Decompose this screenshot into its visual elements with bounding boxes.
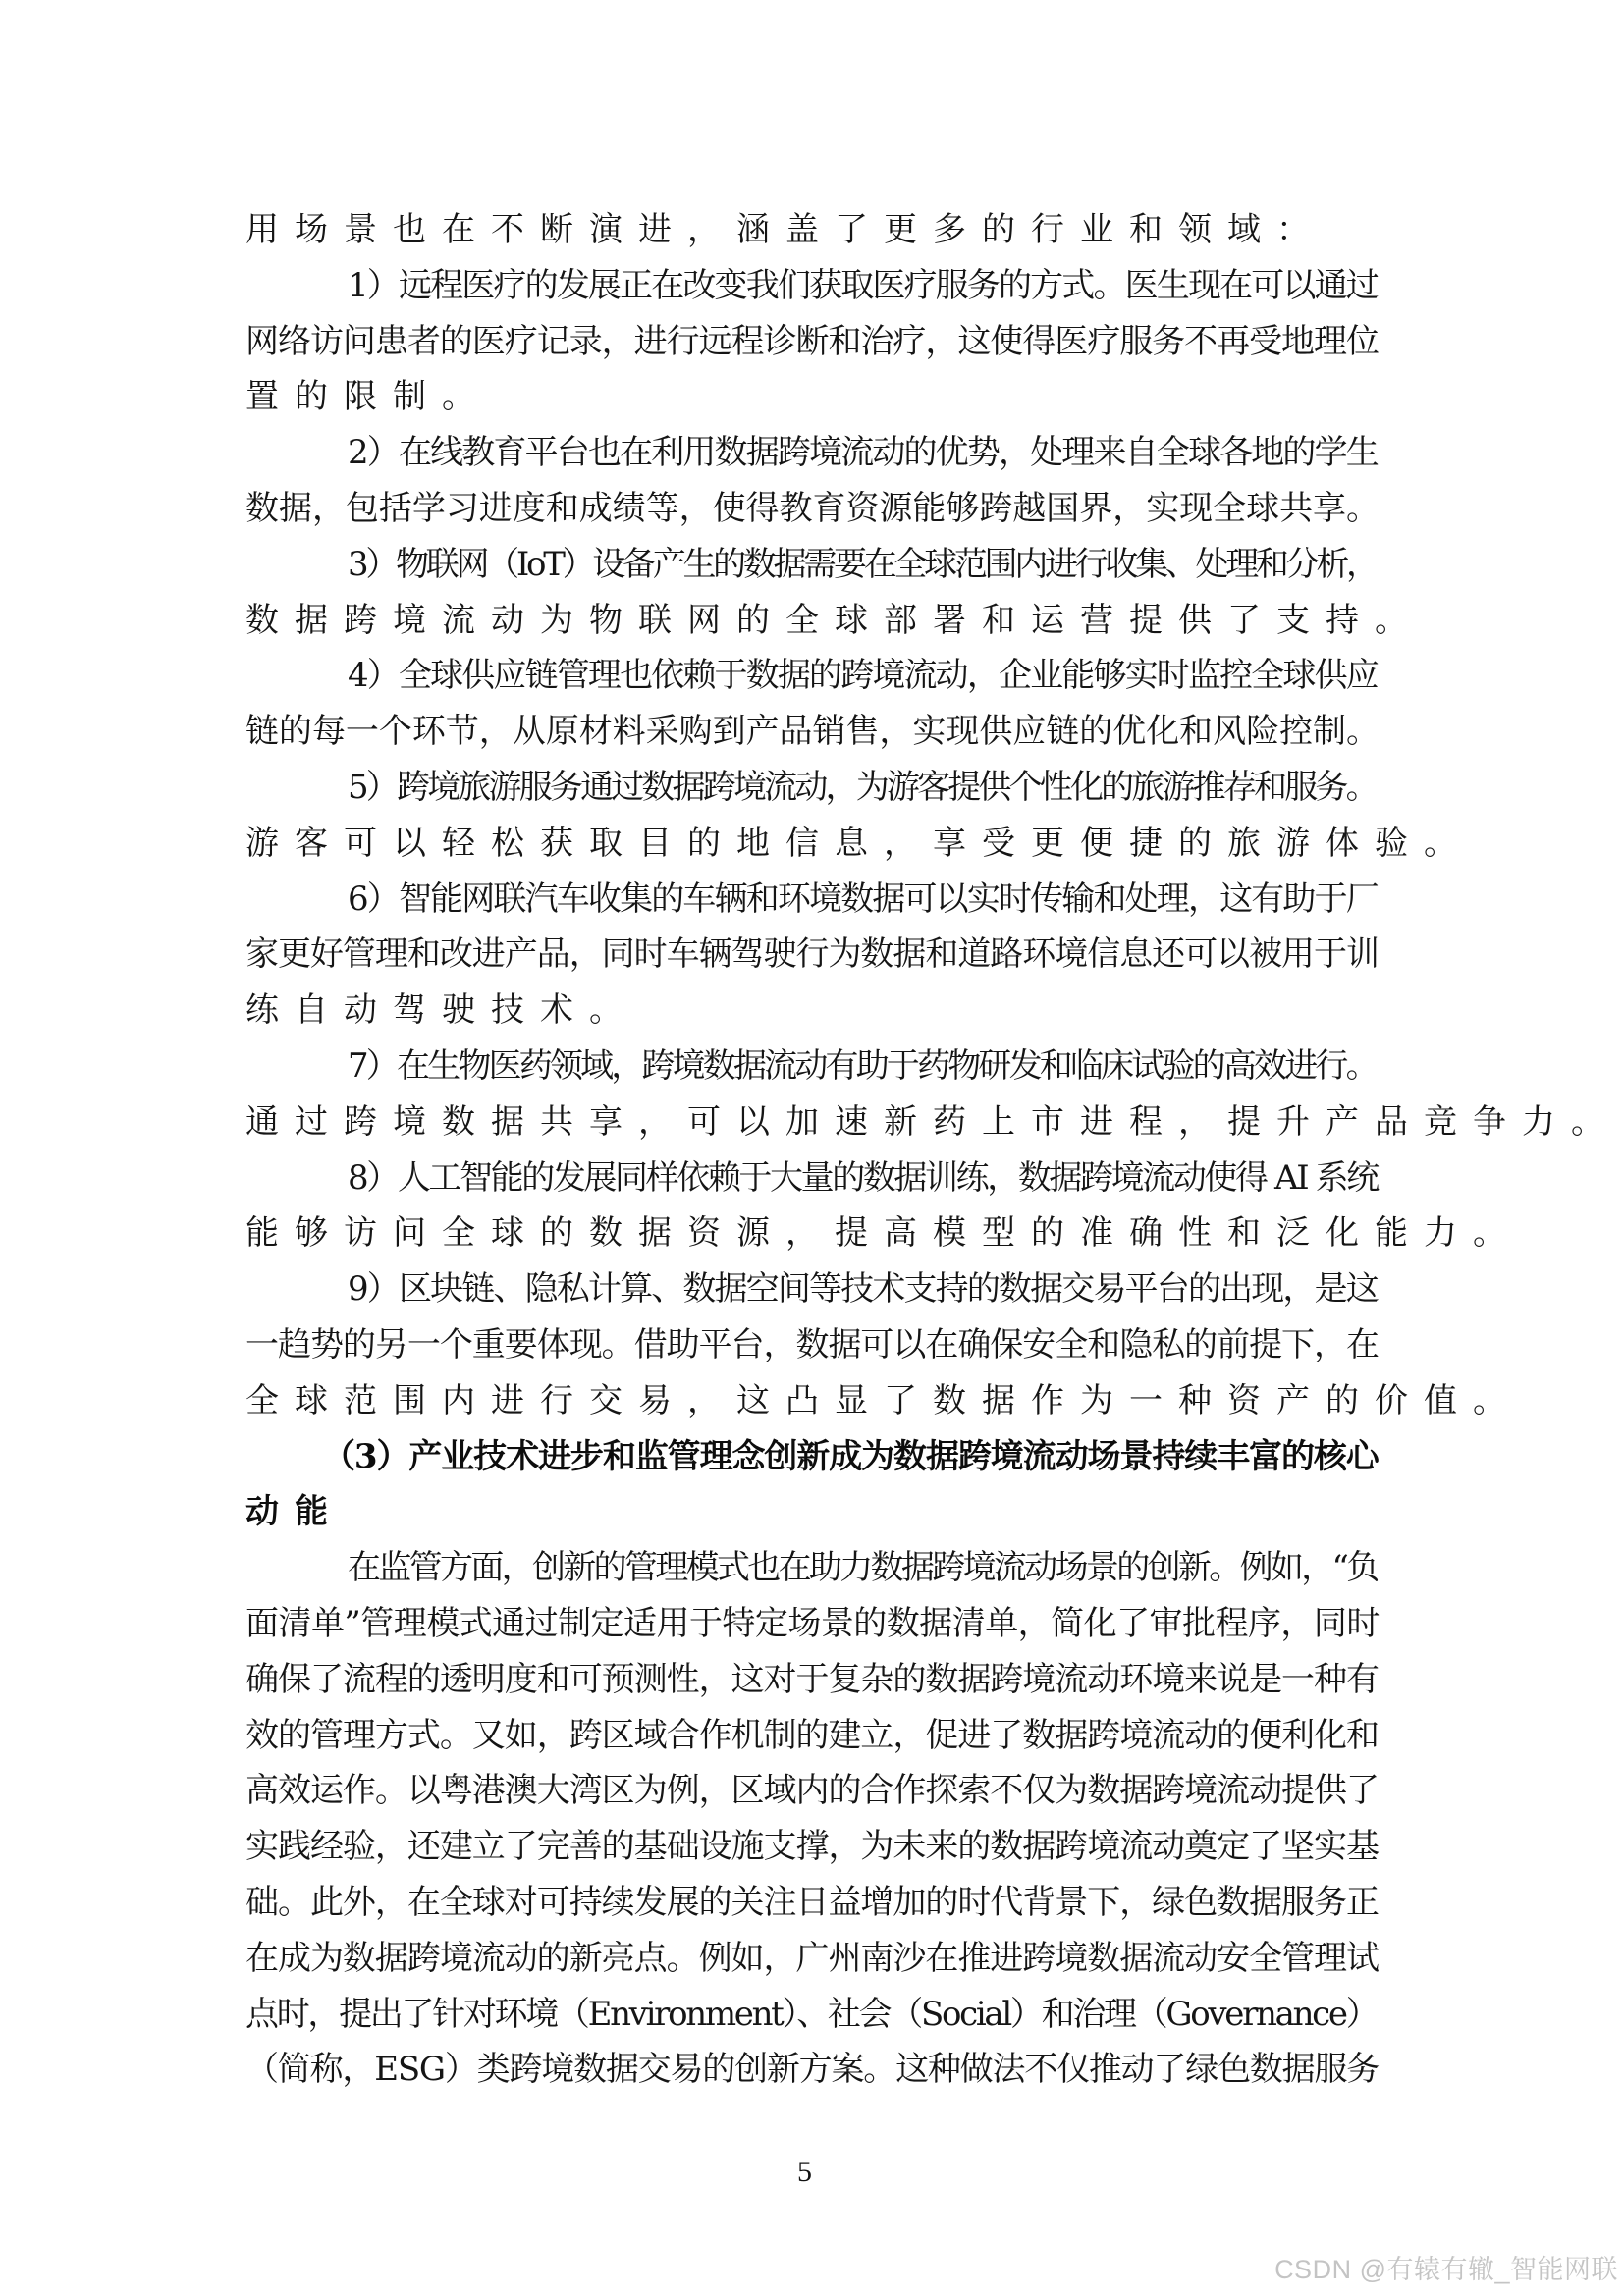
paragraph-line: 用场景也在不断演进，涵盖了更多的行业和领域： — [245, 202, 1326, 258]
paragraph-line: 网络访问患者的医疗记录，进行远程诊断和治疗，这使得医疗服务不再受地理位 — [245, 314, 1379, 370]
paragraph-line: 8）人工智能的发展同样依赖于大量的数据训练，数据跨境流动使得 AI 系统 — [348, 1150, 1378, 1206]
paragraph-line: 全球范围内进行交易，这凸显了数据作为一种资产的价值。 — [245, 1373, 1522, 1429]
paragraph-line: 2）在线教育平台也在利用数据跨境流动的优势，处理来自全球各地的学生 — [348, 425, 1378, 481]
paragraph-line: 础。此外，在全球对可持续发展的关注日益增加的时代背景下，绿色数据服务正 — [245, 1875, 1379, 1931]
paragraph-line: 置的限制。 — [245, 369, 491, 425]
paragraph-line: 一趋势的另一个重要体现。借助平台，数据可以在确保安全和隐私的前提下，在 — [245, 1317, 1379, 1373]
paragraph-line: 实践经验，还建立了完善的基础设施支撑，为未来的数据跨境流动奠定了坚实基 — [245, 1819, 1379, 1875]
csdn-watermark: CSDN @有辕有辙_智能网联 — [1274, 2248, 1618, 2286]
paragraph-line: 面清单”管理模式通过制定适用于特定场景的数据清单，简化了审批程序，同时 — [245, 1596, 1380, 1652]
page-number: 5 — [797, 2156, 812, 2189]
paragraph-line: 1）远程医疗的发展正在改变我们获取医疗服务的方式。医生现在可以通过 — [348, 258, 1378, 314]
paragraph-line: 在监管方面，创新的管理模式也在助力数据跨境流动场景的创新。例如，“负 — [348, 1540, 1378, 1596]
paragraph-line: 7）在生物医药领域，跨境数据流动有助于药物研发和临床试验的高效进行。 — [348, 1039, 1377, 1095]
section-heading-line: （3）产业技术进步和监管理念创新成为数据跨境流动场景持续丰富的核心 — [322, 1429, 1379, 1485]
paragraph-line: 确保了流程的透明度和可预测性，这对于复杂的数据跨境流动环境来说是一种有 — [245, 1652, 1379, 1708]
paragraph-line: 高效运作。以粤港澳大湾区为例，区域内的合作探索不仅为数据跨境流动提供了 — [245, 1763, 1379, 1819]
paragraph-line: 6）智能网联汽车收集的车辆和环境数据可以实时传输和处理，这有助于厂 — [348, 872, 1378, 928]
paragraph-line: 点时，提出了针对环境（Environment）、社会（Social）和治理（Go… — [245, 1987, 1377, 2043]
paragraph-line: （简称，ESG）类跨境数据交易的创新方案。这种做法不仅推动了绿色数据服务 — [245, 2042, 1379, 2098]
paragraph-line: 在成为数据跨境流动的新亮点。例如，广州南沙在推进跨境数据流动安全管理试 — [245, 1931, 1379, 1987]
section-heading-line: 动能 — [245, 1484, 344, 1540]
paragraph-line: 游客可以轻松获取目的地信息，享受更便捷的旅游体验。 — [245, 816, 1473, 872]
paragraph-line: 5）跨境旅游服务通过数据跨境流动，为游客提供个性化的旅游推荐和服务。 — [348, 760, 1377, 816]
paragraph-line: 练自动驾驶技术。 — [245, 983, 638, 1039]
paragraph-line: 9）区块链、隐私计算、数据空间等技术支持的数据交易平台的出现，是这 — [348, 1261, 1378, 1317]
paragraph-line: 通过跨境数据共享，可以加速新药上市进程，提升产品竞争力。 — [245, 1095, 1620, 1150]
paragraph-line: 数据，包括学习进度和成绩等，使得教育资源能够跨越国界，实现全球共享。 — [245, 481, 1380, 537]
paragraph-line: 效的管理方式。又如，跨区域合作机制的建立，促进了数据跨境流动的便利化和 — [245, 1708, 1379, 1764]
document-page: 用场景也在不断演进，涵盖了更多的行业和领域：1）远程医疗的发展正在改变我们获取医… — [0, 0, 1624, 2296]
paragraph-line: 能够访问全球的数据资源，提高模型的准确性和泛化能力。 — [245, 1205, 1522, 1261]
paragraph-line: 链的每一个环节，从原材料采购到产品销售，实现供应链的优化和风险控制。 — [245, 704, 1380, 760]
paragraph-line: 家更好管理和改进产品，同时车辆驾驶行为数据和道路环境信息还可以被用于训 — [245, 927, 1379, 983]
paragraph-line: 数据跨境流动为物联网的全球部署和运营提供了支持。 — [245, 593, 1424, 649]
paragraph-line: 3）物联网（IoT）设备产生的数据需要在全球范围内进行收集、处理和分析， — [348, 537, 1377, 593]
paragraph-line: 4）全球供应链管理也依赖于数据的跨境流动，企业能够实时监控全球供应 — [348, 648, 1378, 704]
